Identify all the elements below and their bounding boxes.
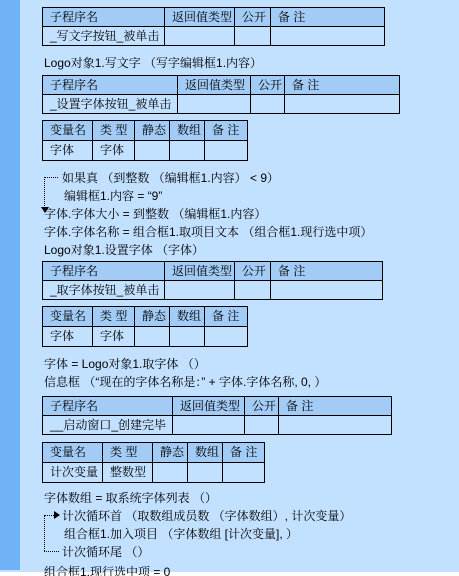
table-row: 字体 字体 [43,327,248,347]
table-row: 字体 字体 [43,141,248,161]
table-header-row: 变量名 类 型 静态 数组 备 注 [43,121,248,141]
table-row: __启动窗口_创建完毕 [43,416,392,435]
header-public: 公开 [235,8,271,27]
subroutine-table-startup: 子程序名 返回值类型 公开 备 注 __启动窗口_创建完毕 [42,396,392,435]
public-cell[interactable] [251,95,285,114]
remark-cell[interactable] [285,95,400,114]
array-cell[interactable] [170,327,205,347]
code-line-if-head[interactable]: 如果真 （到整数 （编辑框1.内容） < 9） [42,169,452,187]
code-line-get-font[interactable]: 字体 = Logo对象1.取字体 （） [42,355,452,373]
var-type-cell[interactable]: 整数型 [103,463,153,483]
table-header-row: 变量名 类 型 静态 数组 备 注 [43,443,265,463]
code-content: 子程序名 返回值类型 公开 备 注 _写文字按钮_被单击 Logo对象1.写文字… [42,7,452,576]
static-cell[interactable] [135,141,170,161]
code-line-write-call[interactable]: Logo对象1.写文字 （写字编辑框1.内容） [42,54,452,72]
return-type-cell[interactable] [165,281,235,300]
table-header-row: 子程序名 返回值类型 公开 备 注 [43,397,392,416]
header-varname: 变量名 [43,443,103,463]
code-line-loop-body[interactable]: 组合框1.加入项目 （字体数组 [计次变量], ） [42,525,452,543]
header-varname: 变量名 [43,307,93,327]
header-return-type: 返回值类型 [173,397,245,416]
table-row: 计次变量 整数型 [43,463,265,483]
table-row: _写文字按钮_被单击 [43,27,385,46]
header-remark: 备 注 [271,8,385,27]
subroutine-table-setfont: 子程序名 返回值类型 公开 备 注 _设置字体按钮_被单击 [42,75,400,114]
return-type-cell[interactable] [165,27,235,46]
header-return-type: 返回值类型 [165,262,235,281]
code-line-get-font-list[interactable]: 字体数组 = 取系统字体列表 （） [42,489,452,507]
static-cell[interactable] [135,327,170,347]
var-type-cell[interactable]: 字体 [93,327,135,347]
header-subname: 子程序名 [43,397,173,416]
if-true-block: 如果真 （到整数 （编辑框1.内容） < 9） 编辑框1.内容 = “9” [42,169,452,205]
variable-table-setfont: 变量名 类 型 静态 数组 备 注 字体 字体 [42,120,248,161]
table-header-row: 子程序名 返回值类型 公开 备 注 [43,8,385,27]
header-remark: 备 注 [205,307,248,327]
table-header-row: 子程序名 返回值类型 公开 备 注 [43,76,400,95]
header-vartype: 类 型 [103,443,153,463]
return-type-cell[interactable] [173,416,245,435]
code-line-set-font-call[interactable]: Logo对象1.设置字体 （字体） [42,241,452,259]
subroutine-table-getfont: 子程序名 返回值类型 公开 备 注 _取字体按钮_被单击 [42,261,383,300]
code-line-loop-tail[interactable]: 计次循环尾 （） [42,543,452,561]
return-type-cell[interactable] [178,95,251,114]
var-name-cell[interactable]: 字体 [43,141,93,161]
public-cell[interactable] [235,281,271,300]
array-cell[interactable] [170,141,205,161]
array-cell[interactable] [188,463,223,483]
header-subname: 子程序名 [43,76,178,95]
header-return-type: 返回值类型 [178,76,251,95]
var-name-cell[interactable]: 字体 [43,327,93,347]
header-static: 静态 [135,121,170,141]
code-line-set-selected[interactable]: 组合框1.现行选中项 = 0 [42,563,452,576]
header-varname: 变量名 [43,121,93,141]
header-remark: 备 注 [285,76,400,95]
public-cell[interactable] [245,416,279,435]
var-name-cell[interactable]: 计次变量 [43,463,103,483]
header-public: 公开 [245,397,279,416]
variable-table-getfont: 变量名 类 型 静态 数组 备 注 字体 字体 [42,306,248,347]
left-margin-stripe [0,0,20,570]
static-cell[interactable] [153,463,188,483]
header-array: 数组 [188,443,223,463]
remark-cell[interactable] [271,27,385,46]
remark-cell[interactable] [205,141,248,161]
remark-cell[interactable] [205,327,248,347]
header-remark: 备 注 [205,121,248,141]
public-cell[interactable] [235,27,271,46]
table-header-row: 变量名 类 型 静态 数组 备 注 [43,307,248,327]
table-row: _设置字体按钮_被单击 [43,95,400,114]
code-line-loop-head[interactable]: 计次循环首 （取数组成员数 （字体数组）, 计次变量） [42,507,452,525]
subroutine-name-cell[interactable]: _设置字体按钮_被单击 [43,95,178,114]
header-array: 数组 [170,121,205,141]
header-remark: 备 注 [271,262,383,281]
code-line-set-name[interactable]: 字体.字体名称 = 组合框1.取项目文本 （组合框1.现行选中项） [42,223,452,241]
header-public: 公开 [235,262,271,281]
header-return-type: 返回值类型 [165,8,235,27]
subroutine-table-write: 子程序名 返回值类型 公开 备 注 _写文字按钮_被单击 [42,7,385,46]
header-subname: 子程序名 [43,262,165,281]
subroutine-name-cell[interactable]: _写文字按钮_被单击 [43,27,165,46]
variable-table-startup: 变量名 类 型 静态 数组 备 注 计次变量 整数型 [42,442,265,483]
var-type-cell[interactable]: 字体 [93,141,135,161]
subroutine-name-cell[interactable]: _取字体按钮_被单击 [43,281,165,300]
header-remark: 备 注 [279,397,392,416]
header-subname: 子程序名 [43,8,165,27]
header-static: 静态 [153,443,188,463]
header-vartype: 类 型 [93,121,135,141]
remark-cell[interactable] [271,281,383,300]
header-static: 静态 [135,307,170,327]
code-view-background: 子程序名 返回值类型 公开 备 注 _写文字按钮_被单击 Logo对象1.写文字… [0,0,459,572]
code-line-msgbox[interactable]: 信息框 （“现在的字体名称是：” + 字体.字体名称, 0, ） [42,373,452,391]
header-vartype: 类 型 [93,307,135,327]
table-header-row: 子程序名 返回值类型 公开 备 注 [43,262,383,281]
header-array: 数组 [170,307,205,327]
code-line-set-size[interactable]: 字体.字体大小 = 到整数 （编辑框1.内容） [42,205,452,223]
remark-cell[interactable] [279,416,392,435]
code-line-if-body[interactable]: 编辑框1.内容 = “9” [42,187,452,205]
counting-loop-block: 计次循环首 （取数组成员数 （字体数组）, 计次变量） 组合框1.加入项目 （字… [42,507,452,561]
subroutine-name-cell[interactable]: __启动窗口_创建完毕 [43,416,173,435]
table-row: _取字体按钮_被单击 [43,281,383,300]
header-public: 公开 [251,76,285,95]
header-remark: 备 注 [223,443,265,463]
remark-cell[interactable] [223,463,265,483]
